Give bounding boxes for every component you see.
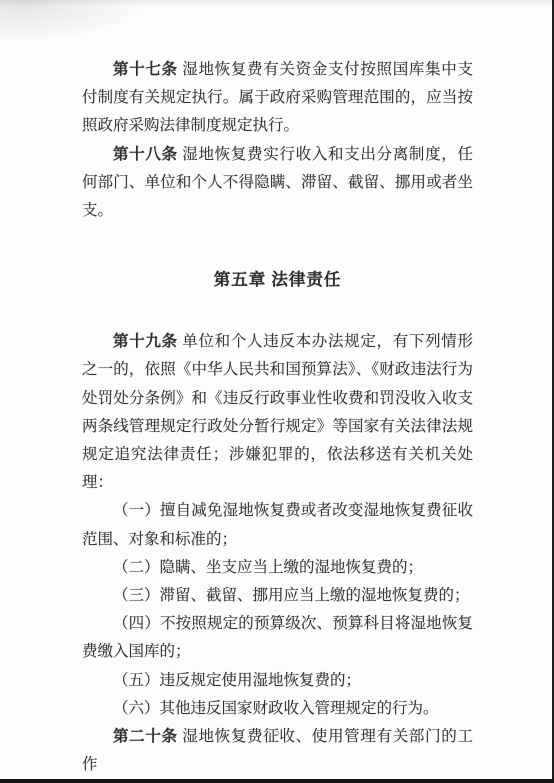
chapter-heading: 第五章 法律责任 [82, 265, 473, 295]
page-number: 5 [0, 727, 554, 737]
list-item-paragraph: （五）违反规定使用湿地恢复费的； [82, 667, 473, 695]
scan-top-edge-shade [0, 0, 554, 6]
list-item-paragraph: （六）其他违反国家财政收入管理规定的行为。 [82, 695, 473, 723]
list-item-paragraph: （三）滞留、截留、挪用应当上缴的湿地恢复费的； [82, 582, 473, 610]
article-number: 第十八条 [113, 146, 178, 163]
list-item-paragraph: （一）擅自减免湿地恢复费或者改变湿地恢复费征收范围、对象和标准的； [82, 497, 473, 553]
list-item-paragraph: （四）不按照规定的预算级次、预算科目将湿地恢复费缴入国库的； [82, 610, 473, 666]
article-number: 第十七条 [113, 61, 178, 78]
article-number: 第十九条 [113, 333, 178, 350]
list-item-paragraph: （二）隐瞒、坐支应当上缴的湿地恢复费的； [82, 554, 473, 582]
article-paragraph: 第十九条 单位和个人违反本办法规定，有下列情形之一的，依照《中华人民共和国预算法… [82, 328, 473, 497]
article-paragraph: 第十七条 湿地恢复费有关资金支付按照国库集中支付制度有关规定执行。属于政府采购管… [82, 56, 473, 141]
scan-edge-bottom [0, 779, 554, 783]
scan-corner-shade [0, 0, 260, 60]
scanned-document-page: 第十七条 湿地恢复费有关资金支付按照国库集中支付制度有关规定执行。属于政府采购管… [0, 0, 554, 783]
article-paragraph: 第十八条 湿地恢复费实行收入和支出分离制度，任何部门、单位和个人不得隐瞒、滞留、… [82, 141, 473, 226]
text-block: 第十七条 湿地恢复费有关资金支付按照国库集中支付制度有关规定执行。属于政府采购管… [82, 56, 473, 779]
